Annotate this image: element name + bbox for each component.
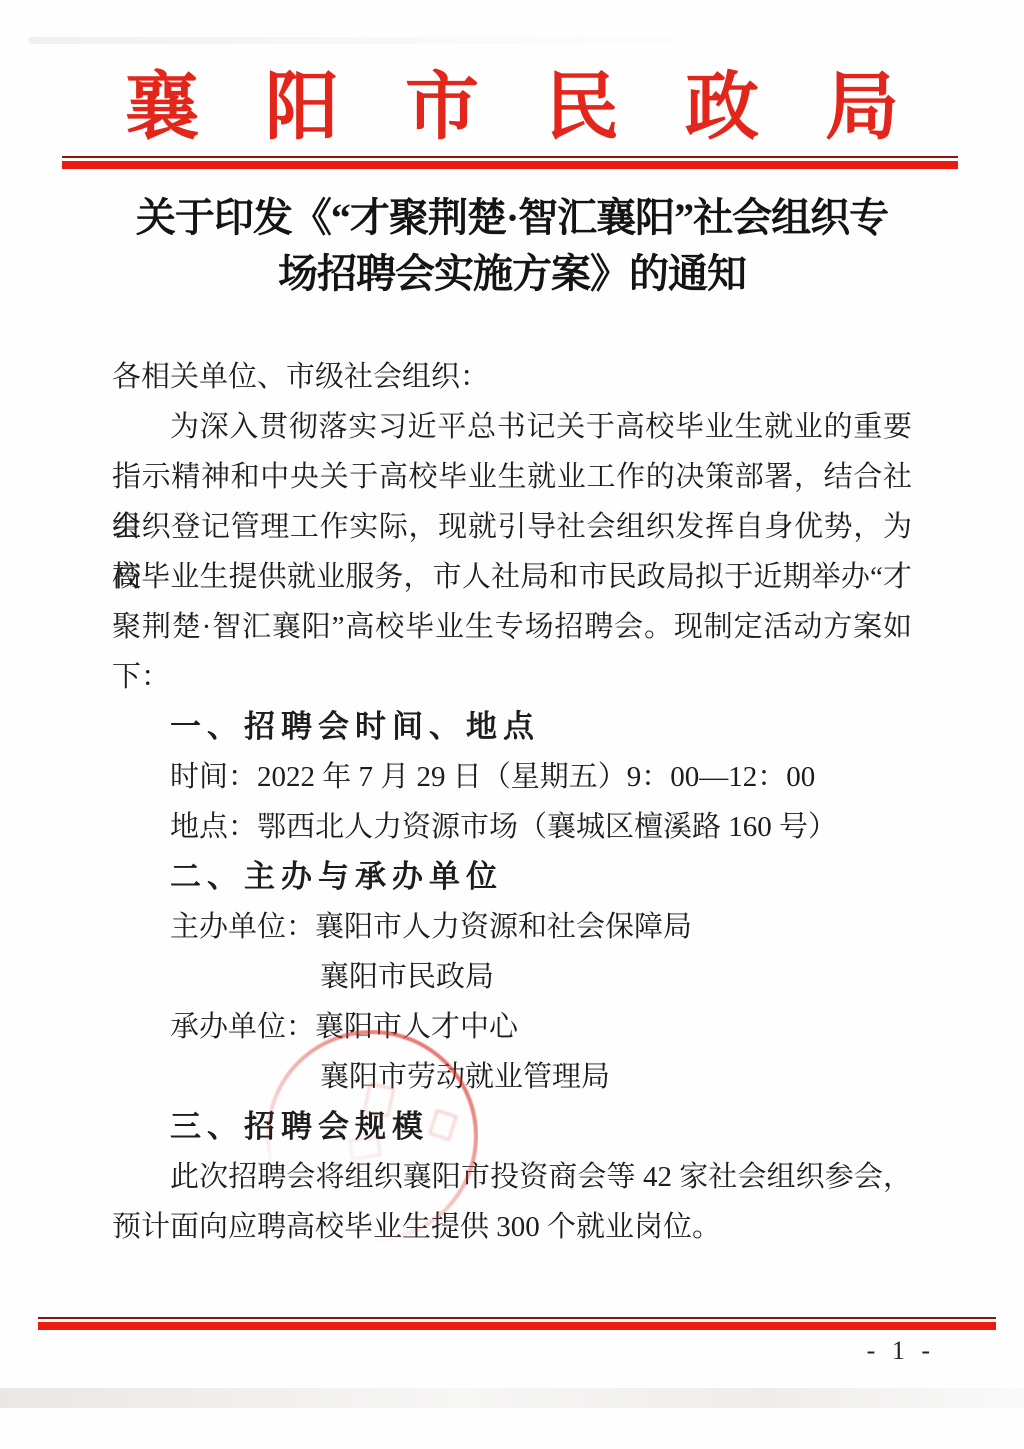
paragraph-line: 此次招聘会将组织襄阳市投资商会等 42 家社会组织参会， [112,1152,912,1202]
section-1-heading: 一、招聘会时间、地点 [170,702,912,752]
document-body: 各相关单位、市级社会组织： 为深入贯彻落实习近平总书记关于高校毕业生就业的重要 … [112,352,912,1252]
footer-rule-thick [38,1322,996,1330]
footer-rule-thin [38,1317,996,1319]
undertaker-unit-line-2: 襄阳市劳动就业管理局 [320,1052,912,1102]
paragraph-line: 下： [112,652,912,702]
recruitment-time: 时间：2022 年 7 月 29 日（星期五）9：00—12：00 [170,752,912,802]
letterhead-rule-thin [62,156,958,158]
undertaker-unit-line: 承办单位：襄阳市人才中心 [170,1002,912,1052]
letterhead-rule-thick [62,161,958,169]
scan-smudge-top [28,37,768,44]
recruitment-place: 地点：鄂西北人力资源市场（襄城区檀溪路 160 号） [170,802,912,852]
host-unit-line-2: 襄阳市民政局 [320,952,912,1002]
document-title: 关于印发《“才聚荆楚·智汇襄阳”社会组织专 场招聘会实施方案》的通知 [40,190,984,302]
agency-letterhead: 襄阳市民政局 [0,64,1024,153]
letterhead-rule [62,156,958,169]
paragraph-line: 聚荆楚·智汇襄阳”高校毕业生专场招聘会。现制定活动方案如 [112,602,912,652]
paragraph-line: 校毕业生提供就业服务，市人社局和市民政局拟于近期举办“才 [112,552,912,602]
document-title-line-1: 关于印发《“才聚荆楚·智汇襄阳”社会组织专 [40,190,984,246]
paragraph-line: 为深入贯彻落实习近平总书记关于高校毕业生就业的重要 [112,402,912,452]
document-page: 襄阳市民政局 关于印发《“才聚荆楚·智汇襄阳”社会组织专 场招聘会实施方案》的通… [0,0,1024,1449]
salutation: 各相关单位、市级社会组织： [112,352,912,402]
footer-rule [38,1317,996,1330]
paragraph-line: 预计面向应聘高校毕业生提供 300 个就业岗位。 [112,1202,912,1252]
scan-smudge-bottom [0,1388,1024,1408]
paragraph-line: 组织登记管理工作实际，现就引导社会组织发挥自身优势，为高 [112,502,912,552]
section-2-heading: 二、主办与承办单位 [170,852,912,902]
section-3-heading: 三、招聘会规模 [170,1102,912,1152]
host-unit-line: 主办单位：襄阳市人力资源和社会保障局 [170,902,912,952]
paragraph-line: 指示精神和中央关于高校毕业生就业工作的决策部署，结合社会 [112,452,912,502]
document-title-line-2: 场招聘会实施方案》的通知 [40,246,984,302]
page-number: - 1 - [867,1336,935,1366]
